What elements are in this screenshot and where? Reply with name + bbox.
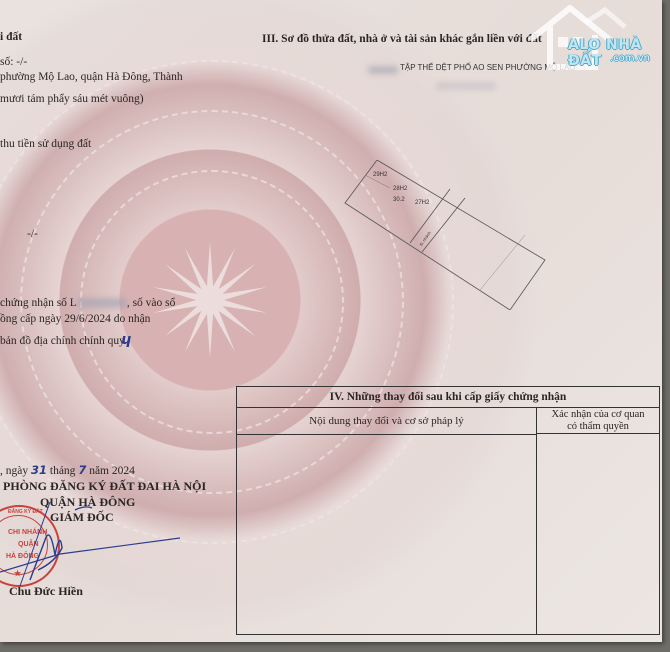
redacted-address-detail — [436, 82, 496, 90]
date-month: 7 — [78, 463, 86, 477]
section-iv-title: IV. Những thay đổi sau khi cấp giấy chứn… — [237, 387, 659, 408]
plot-label-neighbor-a: 29H2 — [373, 172, 387, 178]
payment-line: thu tiền sử dụng đất — [0, 138, 91, 150]
plot-label-parcel: 28H2 — [393, 186, 407, 192]
address-line: phường Mộ Lao, quận Hà Đông, Thành — [0, 71, 183, 83]
col2-header-line-1: Xác nhận của cơ quan — [537, 409, 659, 421]
changes-table: IV. Những thay đổi sau khi cấp giấy chứn… — [236, 386, 660, 635]
cadastral-map-line: bản đồ địa chính chính quy. — [0, 335, 127, 347]
col-header-confirmation: Xác nhận của cơ quan có thẩm quyền — [537, 408, 659, 434]
section-iii-heading: III. Sơ đồ thửa đất, nhà ở và tài sản kh… — [262, 33, 542, 45]
plot-label-area: 30.2 — [393, 197, 405, 203]
cert-prefix: chứng nhận số L — [0, 297, 77, 309]
issue-date-line: ồng cấp ngày 29/6/2024 do nhận — [0, 313, 150, 325]
certificate-number-line: chứng nhận số L, số vào sổ — [0, 297, 175, 309]
col-header-content: Nội dung thay đổi và cơ sở pháp lý — [237, 408, 536, 435]
area-in-words: mươi tám phẩy sáu mét vuông) — [0, 93, 144, 105]
year-label: năm 2024 — [89, 465, 135, 477]
date-line: , ngày 31 tháng 7 năm 2024 — [0, 463, 135, 477]
land-certificate-page: i đất số: -/- phường Mộ Lao, quận Hà Đôn… — [0, 0, 662, 642]
cert-suffix: , số vào sổ — [127, 297, 176, 309]
date-day: 31 — [31, 463, 47, 477]
redacted-number — [77, 298, 127, 308]
authority-confirmation-column: Xác nhận của cơ quan có thẩm quyền — [537, 408, 659, 634]
so-line: số: -/- — [0, 56, 27, 68]
month-label: tháng — [50, 465, 76, 477]
initial-mark: ɥ — [121, 332, 131, 348]
plot-label-neighbor-b: 27H2 — [415, 200, 429, 206]
watermark-domain: .com.vn — [610, 53, 650, 64]
col2-header-line-2: có thẩm quyền — [537, 421, 659, 433]
redacted-address-prefix — [368, 66, 398, 74]
office-name-line-1: PHÒNG ĐĂNG KÝ ĐẤT ĐAI HÀ NỘI — [3, 479, 206, 494]
signer-name: Chu Đức Hiền — [9, 584, 83, 599]
section-fragment-heading: i đất — [0, 31, 22, 43]
changes-content-column: Nội dung thay đổi và cơ sở pháp lý — [237, 408, 537, 634]
dash-value: -/- — [27, 228, 38, 240]
director-signature — [0, 500, 200, 590]
plot-diagram — [330, 160, 560, 310]
date-prefix: , ngày — [0, 465, 28, 477]
